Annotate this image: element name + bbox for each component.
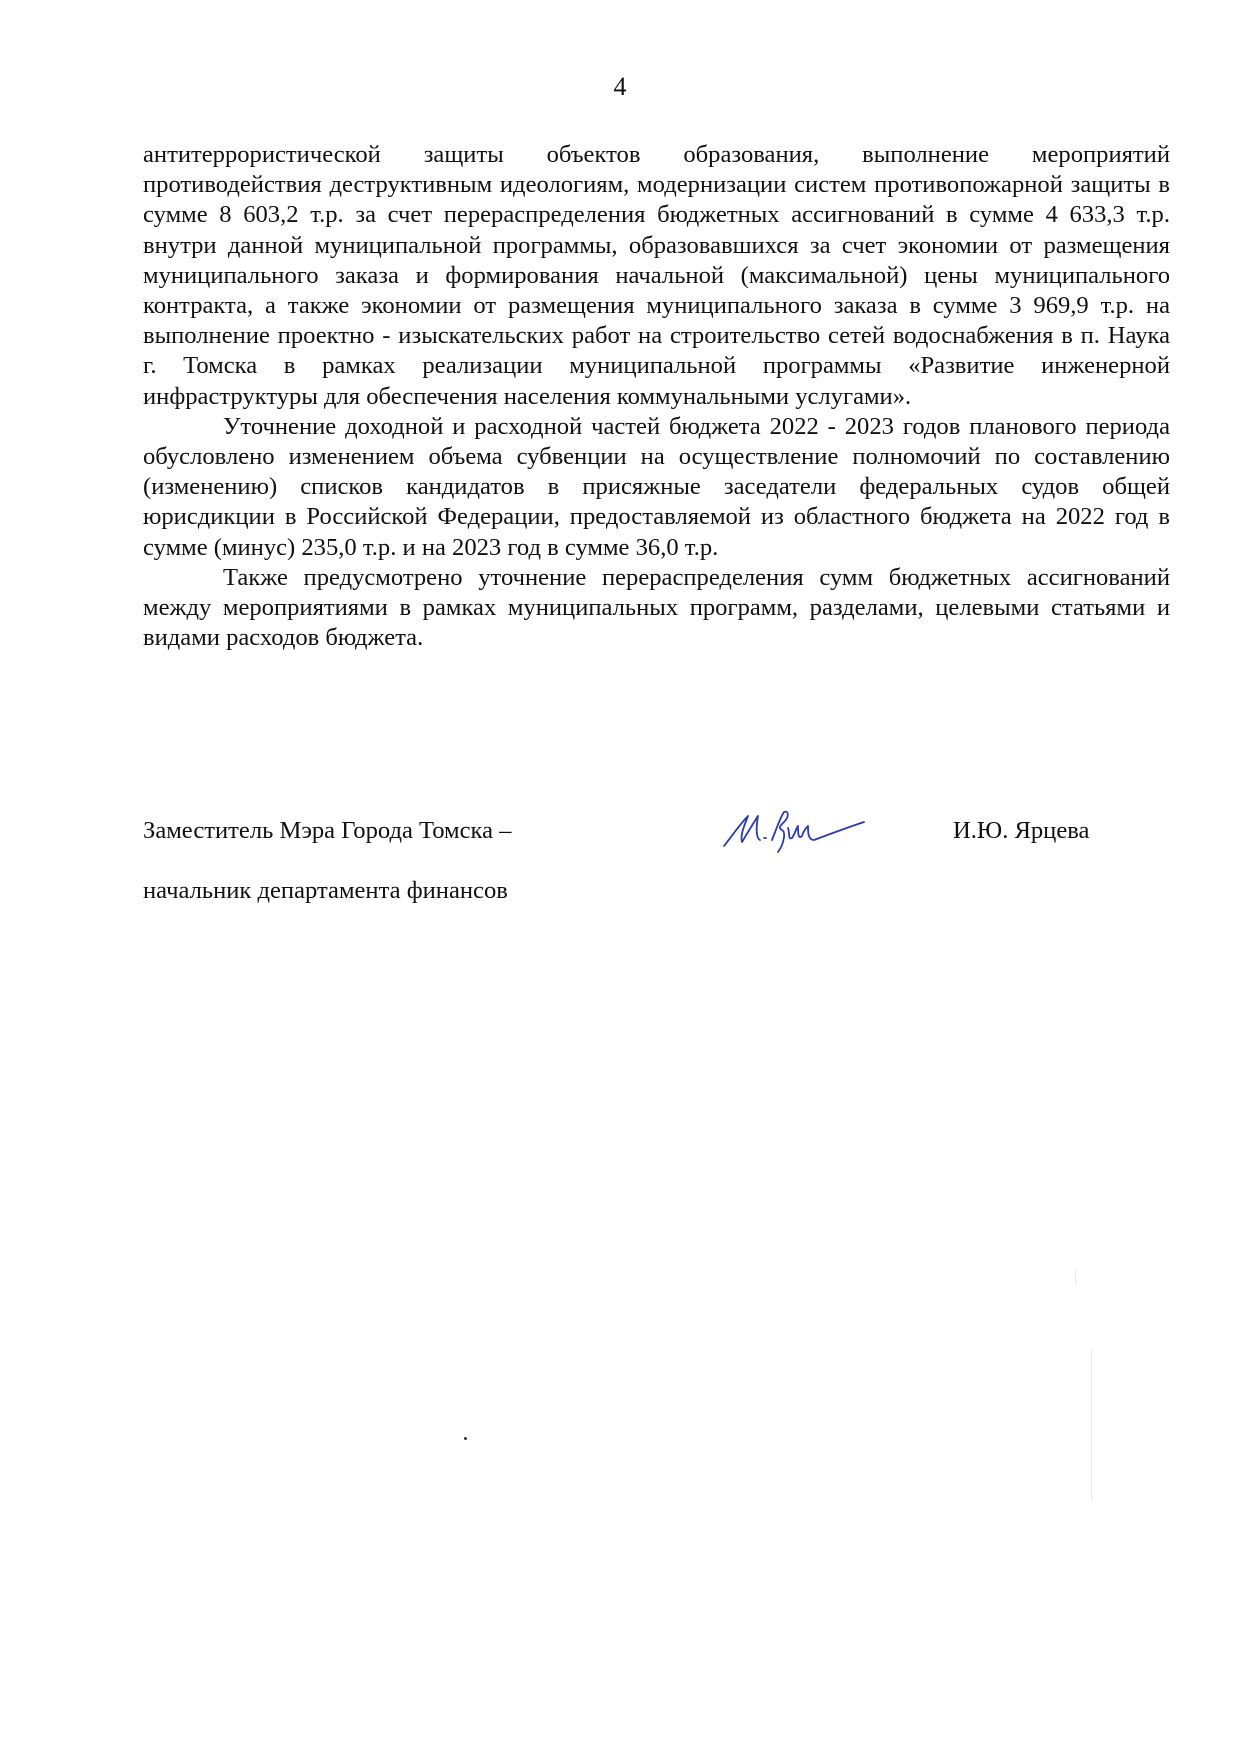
signatory-position: Заместитель Мэра Города Томска – начальн… bbox=[143, 786, 511, 936]
signatory-name: И.Ю. Ярцева bbox=[953, 816, 1089, 846]
document-body: антитеррористической защиты объектов обр… bbox=[143, 140, 1170, 653]
scan-artifact-line bbox=[1075, 1270, 1076, 1284]
scan-artifact-line bbox=[1091, 1350, 1092, 1500]
paragraph-continuation: антитеррористической защиты объектов обр… bbox=[143, 140, 1170, 412]
scan-speck bbox=[464, 1437, 467, 1440]
handwritten-signature-icon bbox=[718, 802, 868, 854]
page-number: 4 bbox=[0, 72, 1240, 102]
paragraph-budget-refinement: Уточнение доходной и расходной частей бю… bbox=[143, 412, 1170, 563]
signatory-position-line1: Заместитель Мэра Города Томска – bbox=[143, 816, 511, 846]
signature-block: Заместитель Мэра Города Томска – начальн… bbox=[143, 786, 1143, 866]
signatory-position-line2: начальник департамента финансов bbox=[143, 876, 511, 906]
paragraph-reallocation: Также предусмотрено уточнение перераспре… bbox=[143, 563, 1170, 654]
